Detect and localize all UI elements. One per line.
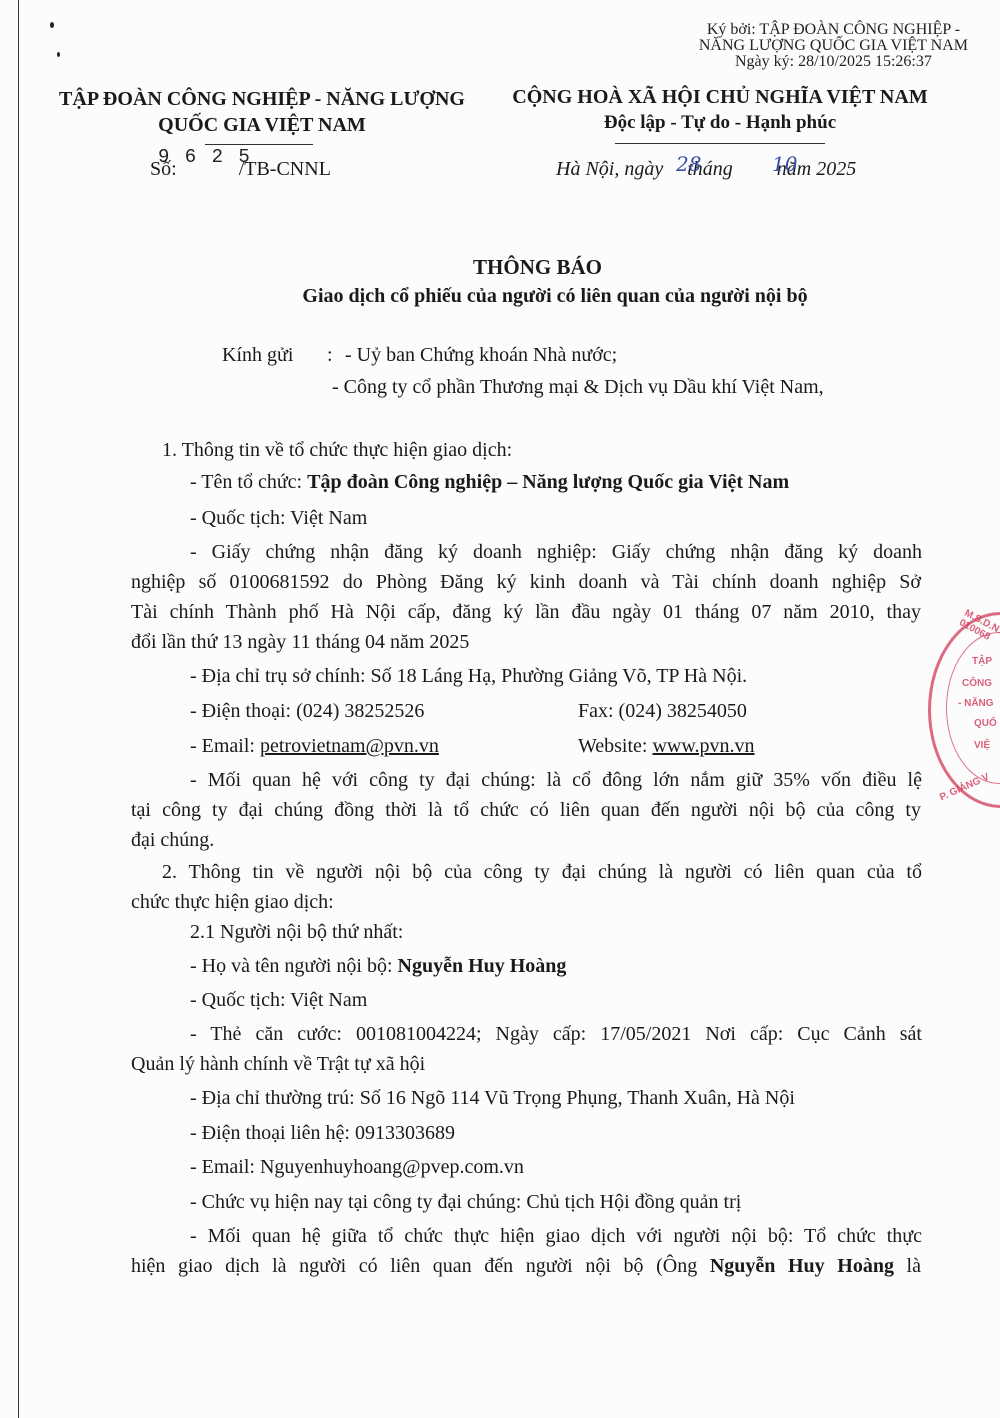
org-phone: - Điện thoại: (024) 38252526 (190, 699, 424, 723)
registration-line2: nghiệp số 0100681592 do Phòng Đăng ký ki… (131, 570, 921, 594)
registration-line1: - Giấy chứng nhận đăng ký doanh nghiệp: … (190, 540, 922, 564)
header-left-rule (205, 144, 313, 145)
insider-relation-line1: - Mối quan hệ giữa tổ chức thực hiện gia… (190, 1224, 922, 1248)
country-name: CỘNG HOÀ XÃ HỘI CHỦ NGHĨA VIỆT NAM (500, 84, 940, 110)
handwritten-day: 28 (676, 152, 701, 176)
org-address: - Địa chỉ trụ sở chính: Số 18 Láng Hạ, P… (190, 664, 747, 688)
recipients-label: Kính gửi (222, 344, 293, 367)
recipients-colon: : (327, 344, 333, 367)
section2-heading-line2: chức thực hiện giao dịch: (131, 890, 334, 914)
signed-by-line1: Ký bởi: TẬP ĐOÀN CÔNG NGHIỆP - (699, 22, 968, 38)
country-motto: Độc lập - Tự do - Hạnh phúc (500, 110, 940, 136)
insider-id-line1: - Thẻ căn cước: 001081004224; Ngày cấp: … (190, 1022, 922, 1046)
place-and-date: Hà Nội, ngàythángnăm 2025 (556, 158, 856, 181)
scan-speck (57, 52, 60, 57)
insider-nationality: - Quốc tịch: Việt Nam (190, 988, 367, 1012)
recipient-item: - Công ty cổ phần Thương mại & Dịch vụ D… (332, 376, 824, 399)
relation-line2: tại công ty đại chúng đồng thời là tổ ch… (131, 798, 921, 822)
stamp-text-line: - NĂNG (958, 698, 994, 709)
digital-signature-block: Ký bởi: TẬP ĐOÀN CÔNG NGHIỆP - NĂNG LƯỢN… (699, 22, 968, 70)
insider-name-label: - Họ và tên người nội bộ: (190, 955, 398, 977)
org-fax: Fax: (024) 38254050 (578, 699, 747, 723)
org-nationality: - Quốc tịch: Việt Nam (190, 506, 367, 530)
stamp-text-line: TẬP (972, 656, 992, 667)
insider-name-line: - Họ và tên người nội bộ: Nguyễn Huy Hoà… (190, 954, 566, 978)
insider-email: - Email: Nguyenhuyhoang@pvep.com.vn (190, 1155, 524, 1179)
stamp-text-line: VIỆ (974, 740, 990, 751)
insider-name: Nguyễn Huy Hoàng (398, 955, 567, 977)
email-label: - Email: (190, 735, 260, 757)
doc-number-suffix: /TB-CNNL (239, 158, 331, 180)
insider-name-inline: Nguyễn Huy Hoàng (710, 1255, 894, 1277)
stamp-text-line: CÔNG (962, 678, 992, 689)
org-website-line: Website: www.pvn.vn (578, 734, 755, 758)
registration-line4: đổi lần thứ 13 ngày 11 tháng 04 năm 2025 (131, 630, 469, 654)
insider-phone: - Điện thoại liên hệ: 0913303689 (190, 1121, 455, 1145)
doc-number-stamped: 9 6 2 5 (158, 146, 252, 168)
document-subtitle: Giao dịch cổ phiếu của người có liên qua… (0, 285, 1000, 308)
page-margin-line (18, 0, 19, 1418)
relation-line3: đại chúng. (131, 828, 214, 852)
section2-heading-line1: 2. Thông tin về người nội bộ của công ty… (162, 860, 922, 884)
section1-heading: 1. Thông tin về tổ chức thực hiện giao d… (162, 438, 512, 462)
document-title: THÔNG BÁO (0, 255, 1000, 280)
signed-date: Ngày ký: 28/10/2025 15:26:37 (699, 54, 968, 70)
website-label: Website: (578, 735, 652, 757)
handwritten-month: 10 (772, 152, 797, 176)
stamp-text-line: QUỐ (974, 718, 997, 729)
subsection-heading: 2.1 Người nội bộ thứ nhất: (190, 920, 403, 944)
issuing-organization: TẬP ĐOÀN CÔNG NGHIỆP - NĂNG LƯỢNG QUỐC G… (52, 86, 472, 138)
org-email-link[interactable]: petrovietnam@pvn.vn (260, 735, 439, 757)
header-right-rule (615, 143, 825, 144)
org-name-line: - Tên tổ chức: Tập đoàn Công nghiệp – Nă… (190, 470, 789, 494)
insider-id-line2: Quản lý hành chính về Trật tự xã hội (131, 1052, 425, 1076)
insider-address: - Địa chỉ thường trú: Số 16 Ngõ 114 Vũ T… (190, 1086, 795, 1110)
insider-position: - Chức vụ hiện nay tại công ty đại chúng… (190, 1190, 741, 1214)
signed-by-line2: NĂNG LƯỢNG QUỐC GIA VIỆT NAM (699, 38, 968, 54)
national-header: CỘNG HOÀ XÃ HỘI CHỦ NGHĨA VIỆT NAM Độc l… (500, 84, 940, 136)
place-date-prefix: Hà Nội, ngày (556, 158, 663, 180)
org-line1: TẬP ĐOÀN CÔNG NGHIỆP - NĂNG LƯỢNG (52, 86, 472, 112)
org-line2: QUỐC GIA VIỆT NAM (52, 112, 472, 138)
recipient-item: - Uỷ ban Chứng khoán Nhà nước; (345, 344, 617, 367)
org-name-label: - Tên tổ chức: (190, 471, 307, 493)
org-name: Tập đoàn Công nghiệp – Năng lượng Quốc g… (307, 471, 789, 493)
scan-speck (50, 22, 54, 28)
insider-relation-line2: hiện giao dịch là người có liên quan đến… (131, 1254, 921, 1278)
relation-line1: - Mối quan hệ với công ty đại chúng: là … (190, 768, 922, 792)
registration-line3: Tài chính Thành phố Hà Nội cấp, đăng ký … (131, 600, 921, 624)
org-email-line: - Email: petrovietnam@pvn.vn (190, 734, 439, 758)
org-website-link[interactable]: www.pvn.vn (652, 735, 754, 757)
